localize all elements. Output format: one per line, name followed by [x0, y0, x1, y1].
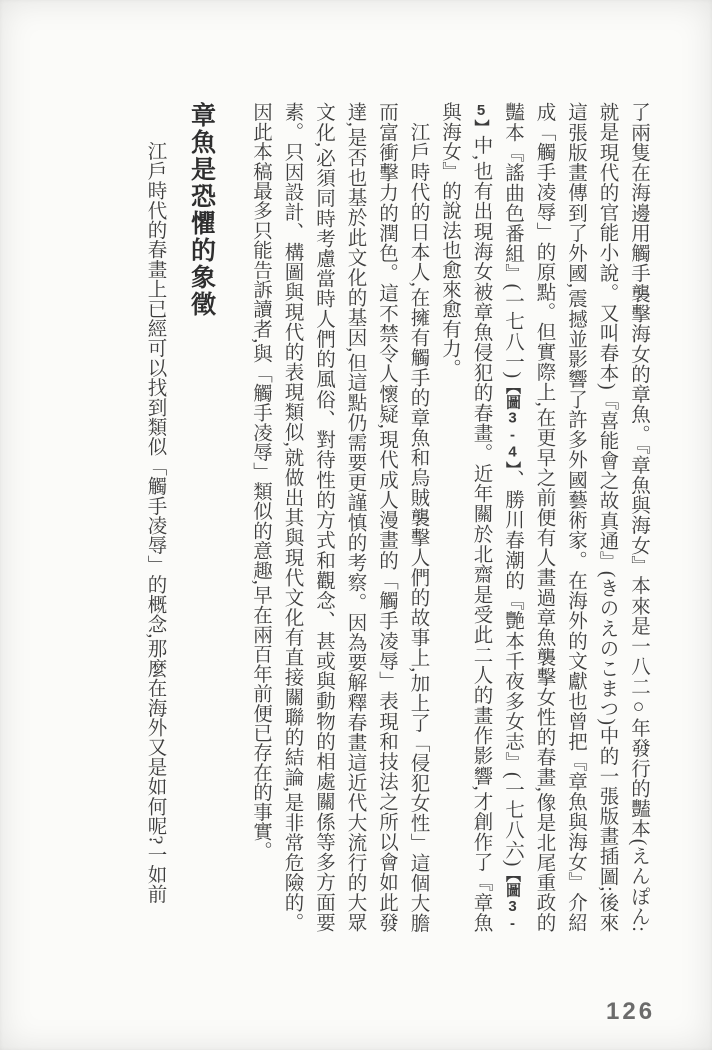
- paragraph-1-text-b: 、勝川春潮的『艷本千夜多女志』(一七八六): [502, 469, 523, 866]
- paragraph-3: 江戶時代的春畫上已經可以找到類似「觸手凌辱」的概念,那麼在海外又是如何呢?一如前: [139, 102, 171, 932]
- paragraph-2: 江戶時代的日本人,在擁有觸手的章魚和烏賊襲擊人們的故事上,加上了「侵犯女性」這個…: [245, 102, 434, 932]
- section-heading: 章魚是恐懼的象徵: [184, 102, 218, 932]
- paragraph-1-text-a: 了兩隻在海邊用觸手襲擊海女的章魚。『章魚與海女』本來是一八二○年發行的豔本(えん…: [502, 102, 649, 932]
- paragraph-1-text-c: 中,也有出現海女被章魚侵犯的春畫。近年關於北齋是受此二人的畫作影響,才創作了『章…: [439, 102, 492, 932]
- paragraph-1: 了兩隻在海邊用觸手襲擊海女的章魚。『章魚與海女』本來是一八二○年發行的豔本(えん…: [434, 102, 655, 932]
- book-page: 了兩隻在海邊用觸手襲擊海女的章魚。『章魚與海女』本來是一八二○年發行的豔本(えん…: [0, 0, 712, 1050]
- page-number: 126: [606, 998, 655, 1026]
- vertical-text-block: 了兩隻在海邊用觸手襲擊海女的章魚。『章魚與海女』本來是一八二○年發行的豔本(えん…: [139, 102, 654, 932]
- figure-ref-3-4: 【圖3-4】: [504, 378, 521, 469]
